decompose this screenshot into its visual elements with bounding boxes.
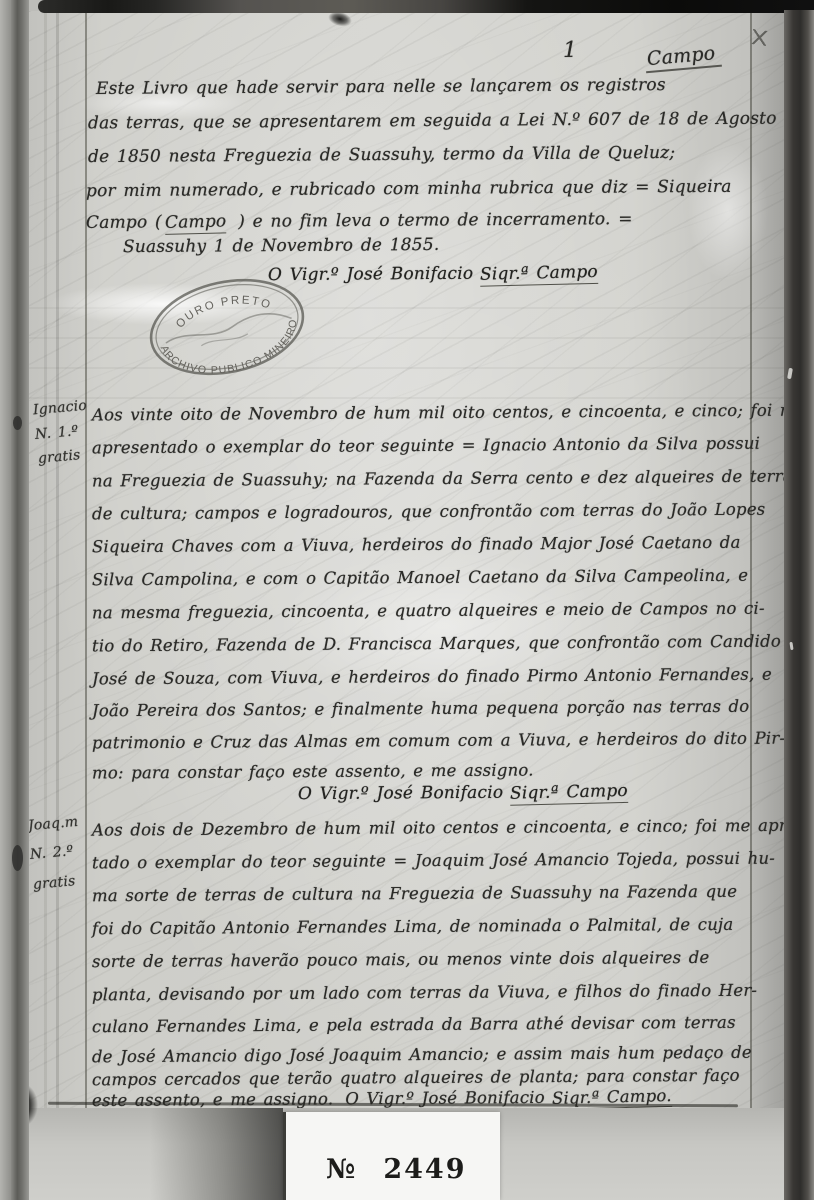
- pen-hatch-texture: [28, 11, 784, 1108]
- shadow-blob: [150, 1108, 283, 1200]
- adjacent-page-edge: [0, 0, 11, 1200]
- entry-line: tio do Retiro, Fazenda de D. Francisca M…: [92, 632, 781, 656]
- binding-shadow: [11, 0, 29, 1200]
- entry-line: sorte de terras haverão pouco mais, ou m…: [92, 948, 710, 971]
- fold-line: [44, 11, 47, 1108]
- signature-rubric: Siqr.ª Campo: [480, 262, 598, 287]
- opening-line: Este Livro que hade servir para nelle se…: [96, 75, 666, 99]
- top-scan-border: [38, 0, 814, 13]
- opening-line-text: Campo (: [86, 212, 162, 233]
- entry-line-text: este assento, e me assigno.: [92, 1089, 333, 1110]
- manuscript-page: 1 Campo Este Livro que hade servir para …: [28, 11, 784, 1108]
- entry-line: apresentado o exemplar do teor seguinte …: [92, 434, 760, 458]
- page-edge-shading: [750, 11, 784, 1108]
- entry-line: na mesma freguezia, cincoenta, e quatro …: [92, 599, 765, 623]
- entry-margin-note: N. 1.º: [34, 423, 79, 443]
- scanned-manuscript: 1 Campo Este Livro que hade servir para …: [0, 0, 814, 1200]
- rubric-sample: Campo: [165, 211, 227, 234]
- entry-line: de José Amancio digo José Joaquim Amanci…: [92, 1043, 752, 1067]
- opening-line: das terras, que se apresentarem em segui…: [88, 109, 777, 134]
- entry-margin-note: Joaq.m: [27, 814, 78, 834]
- entry-line: ma sorte de terras de cultura na Freguez…: [92, 882, 737, 906]
- opening-line: de 1850 nesta Freguezia de Suassuhy, ter…: [88, 143, 675, 167]
- signature-rubric: Siqr.ª Campo: [510, 781, 628, 806]
- opening-dateline: Suassuhy 1 de Novembro de 1855.: [123, 235, 440, 257]
- entry-line: de cultura; campos e logradouros, que co…: [92, 500, 766, 524]
- entry-line: foi do Capitão Antonio Fernandes Lima, d…: [92, 915, 733, 938]
- entry-line: José de Souza, com Viuva, e herdeiros do…: [92, 665, 772, 689]
- binding-ink-spot: [12, 845, 23, 871]
- right-page-edge-band: [784, 10, 814, 1200]
- signature-text: O Vigr.º José Bonifacio: [298, 783, 503, 804]
- opening-line: por mim numerado, e rubricado com minha …: [86, 177, 732, 202]
- corner-flourish-mark: [751, 29, 768, 46]
- opening-line-text: ) e no fim leva o termo de incerramento.…: [238, 209, 633, 232]
- catalog-label: № 2449: [283, 1112, 500, 1200]
- entry-line: Siqueira Chaves com a Viuva, herdeiros d…: [92, 533, 741, 557]
- entry-margin-note: N. 2.º: [29, 843, 74, 863]
- catalog-number: 2449: [383, 1154, 466, 1185]
- opening-line: Campo (Campo) e no fim leva o termo de i…: [86, 209, 633, 235]
- entry-line: Aos vinte oito de Novembro de hum mil oi…: [92, 401, 806, 425]
- entry-margin-note: gratis: [32, 873, 76, 893]
- entry-line: patrimonio e Cruz das Almas em comum com…: [92, 729, 785, 753]
- entry-margin-note: gratis: [37, 447, 81, 467]
- examiner-rubric: Campo: [644, 42, 722, 74]
- entry-line: culano Fernandes Lima, e pela estrada da…: [92, 1013, 736, 1036]
- folio-number: 1: [563, 38, 577, 63]
- margin-rule-left: [85, 11, 87, 1108]
- entry-line: planta, devisando por um lado com terras…: [92, 981, 757, 1005]
- opening-signature: O Vigr.º José BonifacioSiqr.ª Campo: [268, 263, 598, 287]
- entry-line: tado o exemplar do teor seguinte = Joaqu…: [92, 849, 775, 873]
- binding-ink-spot: [13, 416, 22, 430]
- entry-line: Silva Campolina, e com o Capitão Manoel …: [92, 566, 748, 590]
- fold-line: [56, 11, 59, 1108]
- entry-line: mo: para constar faço este assento, e me…: [92, 760, 534, 782]
- numero-sign: №: [326, 1154, 357, 1185]
- entry-signature: O Vigr.º José BonifacioSiqr.ª Campo: [298, 782, 628, 806]
- entry-line: na Freguezia de Suassuhy; na Fazenda da …: [92, 467, 793, 491]
- entry-line: Aos dois de Dezembro de hum mil oito cen…: [92, 815, 814, 839]
- entry-line: João Pereira dos Santos; e finalmente hu…: [92, 697, 750, 721]
